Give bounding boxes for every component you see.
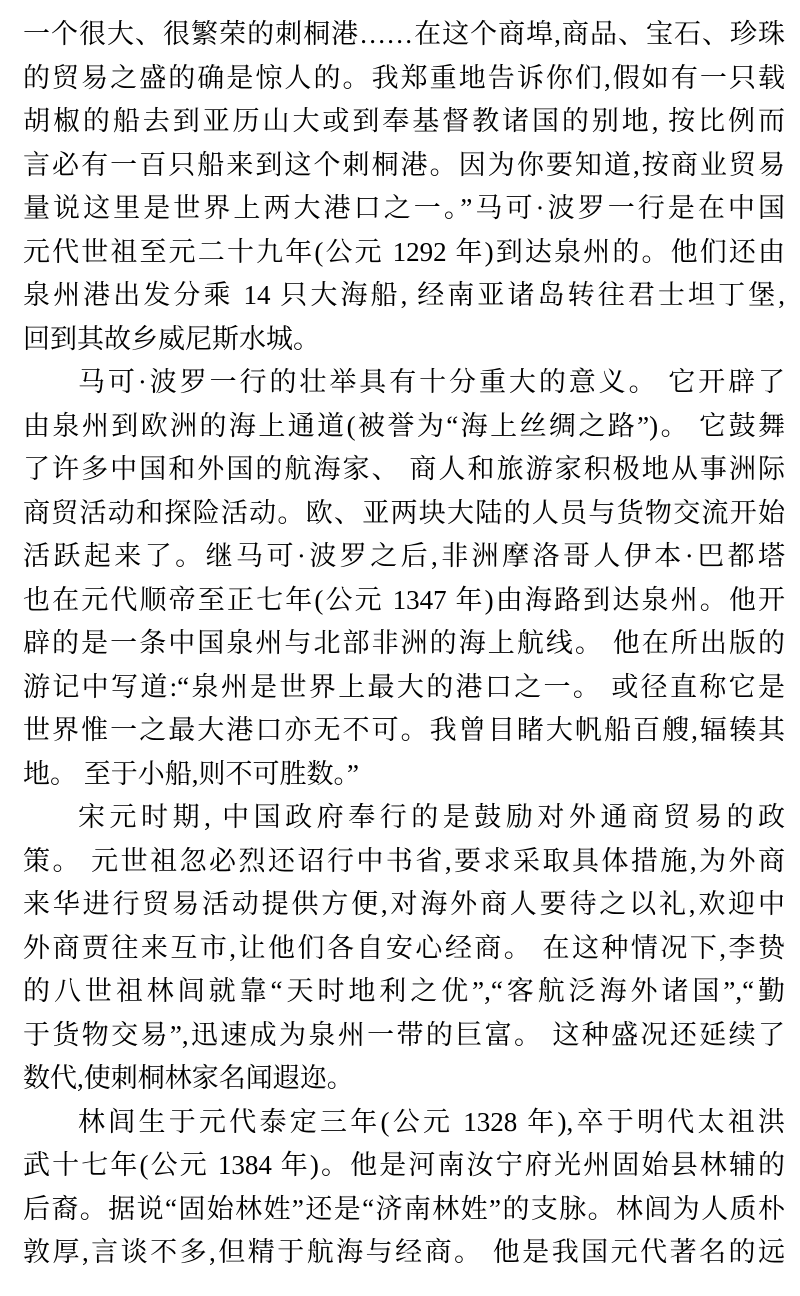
text-line: 马可·波罗一行的壮举具有十分重大的意义。 它开辟了 bbox=[23, 361, 785, 405]
text-line: 世界惟一之最大港口亦无不可。我曾目睹大帆船百艘,辐辏其 bbox=[23, 709, 785, 753]
text-line: 元代世祖至元二十九年(公元 1292 年)到达泉州的。他们还由 bbox=[23, 231, 785, 275]
text-line: 的八世祖林闾就靠“天时地利之优”,“客航泛海外诸国”,“勤 bbox=[23, 970, 785, 1014]
text-line: 数代,使刺桐林家名闻遐迩。 bbox=[23, 1057, 785, 1101]
text-line: 回到其故乡威尼斯水城。 bbox=[23, 318, 785, 362]
text-line: 后裔。据说“固始林姓”还是“济南林姓”的支脉。林闾为人质朴 bbox=[23, 1188, 785, 1232]
text-line: 的贸易之盛的确是惊人的。我郑重地告诉你们,假如有一只载 bbox=[23, 57, 785, 101]
text-line: 量说这里是世界上两大港口之一。”马可·波罗一行是在中国 bbox=[23, 187, 785, 231]
text-line: 胡椒的船去到亚历山大或到奉基督教诸国的别地, 按比例而 bbox=[23, 100, 785, 144]
text-line: 外商贾往来互市,让他们各自安心经商。 在这种情况下,李贽 bbox=[23, 927, 785, 971]
text-line: 一个很大、很繁荣的刺桐港……在这个商埠,商品、宝石、珍珠 bbox=[23, 13, 785, 57]
text-block: 一个很大、很繁荣的刺桐港……在这个商埠,商品、宝石、珍珠的贸易之盛的确是惊人的。… bbox=[23, 13, 785, 1275]
text-line: 敦厚,言谈不多,但精于航海与经商。 他是我国元代著名的远 bbox=[23, 1231, 785, 1275]
text-line: 地。 至于小船,则不可胜数。” bbox=[23, 753, 785, 797]
text-line: 了许多中国和外国的航海家、 商人和旅游家积极地从事洲际 bbox=[23, 448, 785, 492]
text-line: 由泉州到欧洲的海上通道(被誉为“海上丝绸之路”)。 它鼓舞 bbox=[23, 405, 785, 449]
text-line: 来华进行贸易活动提供方便,对海外商人要待之以礼,欢迎中 bbox=[23, 883, 785, 927]
book-page: 一个很大、很繁荣的刺桐港……在这个商埠,商品、宝石、珍珠的贸易之盛的确是惊人的。… bbox=[0, 0, 800, 1296]
text-line: 宋元时期, 中国政府奉行的是鼓励对外通商贸易的政 bbox=[23, 796, 785, 840]
paragraph: 林闾生于元代泰定三年(公元 1328 年),卒于明代太祖洪武十七年(公元 138… bbox=[23, 1101, 785, 1275]
text-line: 林闾生于元代泰定三年(公元 1328 年),卒于明代太祖洪 bbox=[23, 1101, 785, 1145]
text-line: 商贸活动和探险活动。欧、亚两块大陆的人员与货物交流开始 bbox=[23, 492, 785, 536]
text-line: 泉州港出发分乘 14 只大海船, 经南亚诸岛转往君士坦丁堡, bbox=[23, 274, 785, 318]
text-line: 活跃起来了。继马可·波罗之后,非洲摩洛哥人伊本·巴都塔 bbox=[23, 535, 785, 579]
paragraph: 一个很大、很繁荣的刺桐港……在这个商埠,商品、宝石、珍珠的贸易之盛的确是惊人的。… bbox=[23, 13, 785, 361]
text-line: 于货物交易”,迅速成为泉州一带的巨富。 这种盛况还延续了 bbox=[23, 1014, 785, 1058]
text-line: 游记中写道:“泉州是世界上最大的港口之一。 或径直称它是 bbox=[23, 666, 785, 710]
text-line: 辟的是一条中国泉州与北部非洲的海上航线。 他在所出版的 bbox=[23, 622, 785, 666]
text-line: 武十七年(公元 1384 年)。他是河南汝宁府光州固始县林辅的 bbox=[23, 1144, 785, 1188]
text-line: 言必有一百只船来到这个刺桐港。因为你要知道,按商业贸易 bbox=[23, 144, 785, 188]
paragraph: 马可·波罗一行的壮举具有十分重大的意义。 它开辟了由泉州到欧洲的海上通道(被誉为… bbox=[23, 361, 785, 796]
text-line: 策。 元世祖忽必烈还诏行中书省,要求采取具体措施,为外商 bbox=[23, 840, 785, 884]
paragraph: 宋元时期, 中国政府奉行的是鼓励对外通商贸易的政策。 元世祖忽必烈还诏行中书省,… bbox=[23, 796, 785, 1101]
text-line: 也在元代顺帝至正七年(公元 1347 年)由海路到达泉州。他开 bbox=[23, 579, 785, 623]
